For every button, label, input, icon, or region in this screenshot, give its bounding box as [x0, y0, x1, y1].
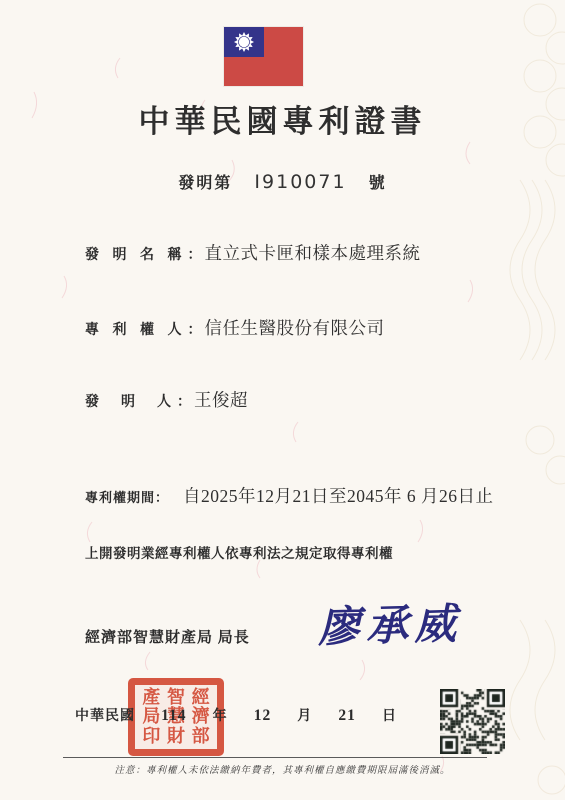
field-label: 發 明 名 稱 [85, 244, 187, 264]
twelve-ray-sun-icon [224, 27, 264, 57]
field-label: 專 利 權 人 [85, 319, 187, 339]
pink-squiggle-marks [32, 58, 473, 772]
patent-term-row: 專利權期間： 自2025年12月21日至2045年 6 月26日止 [85, 483, 494, 508]
flag-canton [224, 27, 264, 57]
field-row-invention-name: 發 明 名 稱 ： 直立式卡匣和樣本處理系統 [85, 240, 421, 265]
field-value-patentee: 信任生醫股份有限公司 [205, 315, 385, 340]
field-value-inventor: 王俊超 [194, 387, 248, 412]
issuing-office-title: 經濟部智慧財產局 局長 [85, 626, 250, 647]
field-label: 發 明 人 [85, 391, 176, 411]
certificate-number-line: 發明第 I910071 號 [0, 170, 565, 193]
roc-taiwan-flag [224, 27, 303, 86]
day-unit: 日 [382, 705, 397, 725]
qr-code [440, 689, 505, 754]
day-value: 21 [338, 707, 356, 725]
annual-fee-footnote: 注意：專利權人未依法繳納年費者，其專利權自應繳費期限屆滿後消滅。 [0, 762, 565, 776]
month-value: 12 [254, 707, 272, 725]
certificate-title: 中華民國專利證書 [0, 96, 565, 141]
patent-term-label: 專利權期間： [85, 487, 169, 506]
field-colon: ： [188, 319, 202, 339]
year-value: 114 [161, 707, 186, 725]
year-unit: 年 [213, 705, 228, 725]
patent-certificate-page: 中華民國專利證書 發明第 I910071 號 發 明 名 稱 ： 直立式卡匣和樣… [0, 0, 565, 800]
legal-statement: 上開發明業經專利權人依專利法之規定取得專利權 [85, 542, 393, 562]
cert-number-prefix: 發明第 [178, 170, 232, 193]
field-value-invention-name: 直立式卡匣和樣本處理系統 [205, 240, 421, 265]
field-colon: ： [177, 391, 191, 411]
issue-date-line: 中華民國 114 年 12 月 21 日 [75, 705, 397, 725]
field-row-patentee: 專 利 權 人 ： 信任生醫股份有限公司 [85, 315, 385, 340]
era-label: 中華民國 [75, 705, 135, 725]
cert-number-value: I910071 [254, 171, 346, 193]
month-unit: 月 [297, 705, 312, 725]
field-colon: ： [188, 244, 202, 264]
field-row-inventor: 發 明 人 ： 王俊超 [85, 387, 248, 412]
patent-term-value: 自2025年12月21日至2045年 6 月26日止 [183, 483, 494, 508]
divider-line [63, 757, 487, 758]
cert-number-suffix: 號 [369, 170, 387, 193]
director-general-signature: 廖承威 [317, 589, 519, 654]
